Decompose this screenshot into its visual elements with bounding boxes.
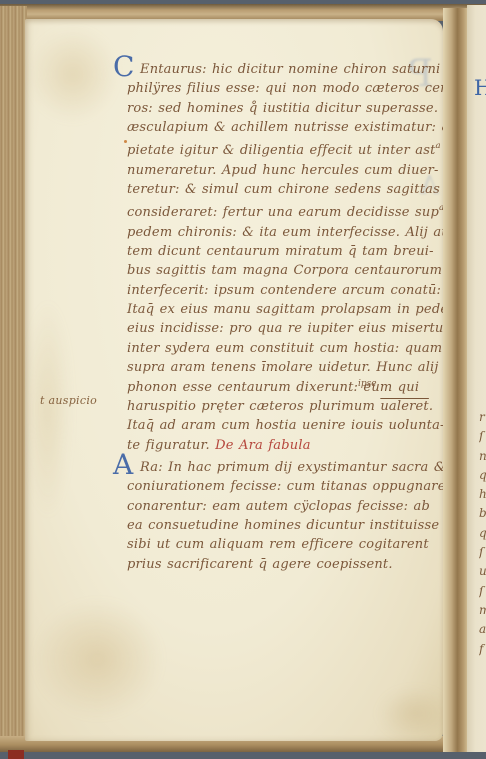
line-text: teretur: & simul cum chirone sedens sagi… <box>127 182 440 197</box>
parchment-stain <box>377 687 452 739</box>
text-line: prius sacrificarent q̄ agere coepissent. <box>127 555 451 574</box>
text-line: phonon esse centaurum dixerunt: eum qui <box>127 378 451 397</box>
line-text: æsculapium & achillem nutrisse existimat… <box>127 120 453 135</box>
text-fragment: b <box>479 504 486 523</box>
text-line: sibi ut cum aliquam rem efficere cogitar… <box>127 535 451 554</box>
rubric-text: De Ara fabula <box>215 438 311 453</box>
text-line: interfecerit: ipsum contendere arcum con… <box>127 281 451 300</box>
text-fragment: ſ <box>479 543 486 562</box>
line-text: tem dicunt centaurum miratum q̄ tam breu… <box>127 244 434 259</box>
illuminated-initial: C <box>113 60 140 74</box>
text-fragment: q <box>479 466 486 485</box>
illuminated-initial: A <box>113 458 140 472</box>
text-fragment: ſ <box>479 582 486 601</box>
line-text: conarentur: eam autem cÿclopas fecisse: … <box>127 499 430 514</box>
line-text: ualeret <box>380 399 429 414</box>
text-line: Itaq̄ ex eius manu sagittam prolapsam in… <box>127 300 451 319</box>
line-text: Itaq̄ ad aram cum hostia uenire iouis uo… <box>127 418 445 433</box>
line-text: bus sagittis tam magna Corpora centauror… <box>127 263 442 278</box>
parchment-stain <box>33 599 163 719</box>
red-bookmark-tab <box>8 750 24 759</box>
text-fragment: r <box>479 408 486 427</box>
line-text: interfecerit: ipsum contendere arcum con… <box>127 283 441 298</box>
text-line: consideraret: fertur una earum decidisse… <box>127 199 451 222</box>
line-text: numeraretur. Apud hunc hercules cum diue… <box>127 163 439 178</box>
book-page-block-edge <box>0 6 27 750</box>
text-line: supra aram tenens īmolare uidetur. Hunc … <box>127 358 451 377</box>
line-text: te figuratur. <box>127 438 215 453</box>
text-line: CEntaurus: hic dicitur nomine chiron sat… <box>113 57 451 79</box>
book-gutter <box>443 8 467 752</box>
text-line: pedem chironis: & ita eum interfecisse. … <box>127 223 451 242</box>
text-line: inter sydera eum constituit cum hostia: … <box>127 339 451 358</box>
line-text: Ra: In hac primum dij exystimantur sacra… <box>140 460 446 475</box>
text-line: æsculapium & achillem nutrisse existimat… <box>127 118 451 137</box>
facing-page-text-fragments: rſnqhbqſuſmaf <box>479 408 486 659</box>
text-line: tem dicunt centaurum miratum q̄ tam breu… <box>127 242 451 261</box>
line-text: haruspitio pręter cæteros plurimum <box>127 399 380 414</box>
line-text: ea consuetudine homines dicuntur institu… <box>127 518 439 533</box>
text-line: eius incidisse: pro qua re iupiter eius … <box>127 319 451 338</box>
line-text: Itaq̄ ex eius manu sagittam prolapsam in… <box>127 302 448 317</box>
facing-page-initial: H <box>474 76 486 100</box>
line-text: pietate igitur & diligentia effecit ut i… <box>127 143 436 158</box>
text-line: Itaq̄ ad aram cum hostia uenire iouis uo… <box>127 416 451 435</box>
text-line: ea consuetudine homines dicuntur institu… <box>127 516 451 535</box>
line-text: a <box>436 141 441 151</box>
text-fragment: a <box>479 620 486 639</box>
line-text: Entaurus: hic dicitur nomine chiron satu… <box>140 62 458 77</box>
text-fragment: n <box>479 447 486 466</box>
marginal-note: t auspicio <box>40 394 97 407</box>
line-text: inter sydera eum constituit cum hostia: … <box>127 341 442 356</box>
text-fragment: f <box>479 640 486 659</box>
manuscript-page: P A CEntaurus: hic dicitur nomine chiron… <box>25 19 443 741</box>
line-text: philÿres filius esse: qui non modo cæter… <box>127 81 475 96</box>
text-line: haruspitio pręter cæteros plurimum ualer… <box>127 397 451 416</box>
parchment-stain <box>25 299 71 519</box>
text-fragment: ſ <box>479 427 486 446</box>
line-text: eius incidisse: pro qua re iupiter eius … <box>127 321 450 336</box>
line-text: ros: sed homines q̊ iustitia dicitur sup… <box>127 101 438 116</box>
text-line: teretur: & simul cum chirone sedens sagi… <box>127 180 451 199</box>
line-text: supra aram tenens īmolare uidetur. Hunc … <box>127 360 439 375</box>
text-line: numeraretur. Apud hunc hercules cum diue… <box>127 161 451 180</box>
line-text: . <box>429 399 433 414</box>
line-text: coniurationem fecisse: cum titanas oppug… <box>127 479 446 494</box>
text-block: CEntaurus: hic dicitur nomine chiron sat… <box>113 57 451 574</box>
text-line: pietate igitur & diligentia effecit ut i… <box>127 137 451 160</box>
facing-page-sliver: H rſnqhbqſuſmaf <box>467 5 486 752</box>
text-line: philÿres filius esse: qui non modo cæter… <box>127 79 451 98</box>
line-text: pedem chironis: & ita eum interfecisse. … <box>127 225 454 240</box>
text-fragment: h <box>479 485 486 504</box>
text-line: bus sagittis tam magna Corpora centauror… <box>127 261 451 280</box>
text-fragment: u <box>479 562 486 581</box>
text-line: conarentur: eam autem cÿclopas fecisse: … <box>127 497 451 516</box>
line-text: sibi ut cum aliquam rem efficere cogitar… <box>127 537 429 552</box>
line-text: consideraret: fertur una earum decidisse… <box>127 205 439 220</box>
text-fragment: q <box>479 524 486 543</box>
interlinear-note: ipse <box>358 379 377 389</box>
text-line: ARa: In hac primum dij exystimantur sacr… <box>113 455 451 477</box>
text-line: te figuratur. De Ara fabula <box>127 436 451 455</box>
text-fragment: m <box>479 601 486 620</box>
text-line: ros: sed homines q̊ iustitia dicitur sup… <box>127 99 451 118</box>
parchment-stain <box>28 27 118 122</box>
photo-backdrop: { "photo": { "backdrop_color": "#57606c"… <box>0 0 486 759</box>
line-text: prius sacrificarent q̄ agere coepissent. <box>127 557 393 572</box>
text-line: coniurationem fecisse: cum titanas oppug… <box>127 477 451 496</box>
